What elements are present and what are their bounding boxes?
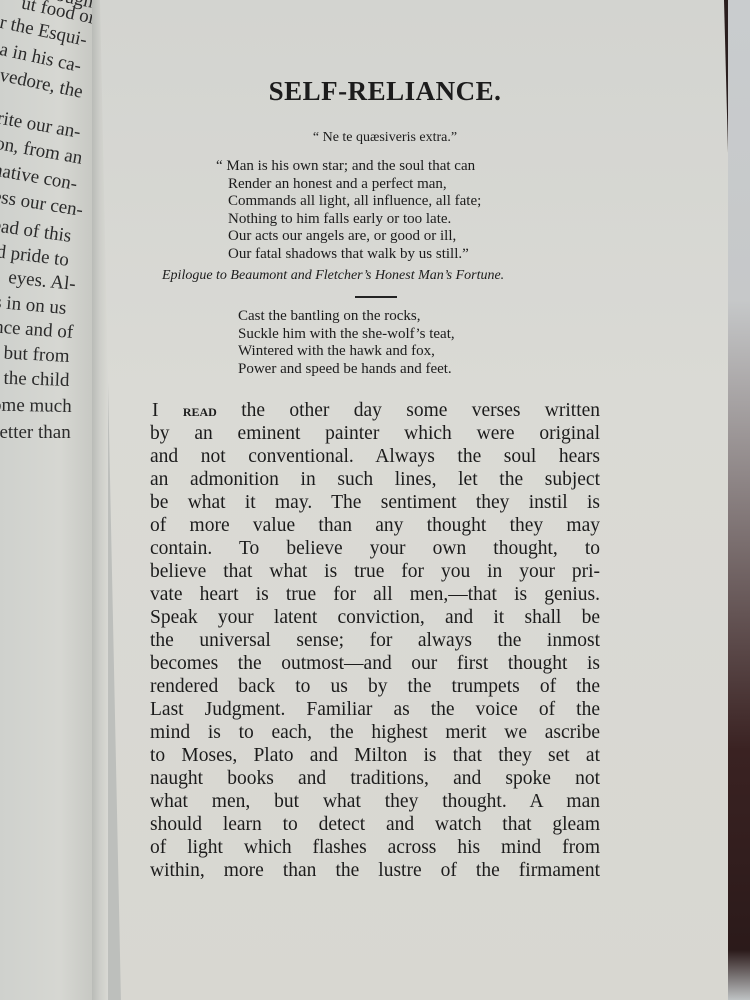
left-fragment: ome much [0, 395, 72, 418]
body-line: within, more than the lustre of the firm… [150, 859, 600, 882]
body-line: should learn to detect and watch that gl… [150, 813, 600, 836]
poem-line: Cast the bantling on the rocks, [238, 308, 455, 326]
body-line: to Moses, Plato and Milton is that they … [150, 744, 600, 767]
book-cover-edge [728, 0, 750, 1000]
page-title: SELF-RELIANCE. [255, 76, 515, 107]
poem-line: “ Man is his own star; and the soul that… [216, 158, 481, 176]
left-fragment: , the child [0, 367, 70, 392]
body-line: of more value than any thought they may [150, 514, 600, 537]
first-line-rest: the other day some verses written [217, 400, 600, 421]
epigraph-attribution: Epilogue to Beaumont and Fletcher’s Hone… [162, 268, 504, 284]
poem-line: Wintered with the hawk and fox, [238, 343, 455, 361]
body-line: the universal sense; for always the inmo… [150, 629, 600, 652]
left-fragment: better than [0, 422, 71, 444]
body-line: be what it may. The sentiment they insti… [150, 491, 600, 514]
epigraph-poem: “ Man is his own star; and the soul that… [222, 158, 481, 263]
second-poem: Cast the bantling on the rocks, Suckle h… [238, 308, 455, 378]
body-line: naught books and traditions, and spoke n… [150, 767, 600, 790]
poem-line: Suckle him with the she-wolf’s teat, [238, 326, 455, 344]
body-line: contain. To believe your own thought, to [150, 537, 600, 560]
body-line: an admonition in such lines, let the sub… [150, 468, 600, 491]
first-word: I [152, 400, 159, 421]
poem-line: Our acts our angels are, or good or ill, [222, 228, 481, 246]
poem-line: Commands all light, all influence, all f… [222, 193, 481, 211]
left-page: ough ut food or r the Esqui- a in his ca… [0, 0, 100, 1000]
body-line: of light which flashes across his mind f… [150, 836, 600, 859]
small-caps-word: read [183, 401, 217, 420]
body-line: I read the other day some verses written [150, 399, 600, 422]
section-divider [355, 296, 397, 298]
body-line: vate heart is true for all men,—that is … [150, 583, 600, 606]
body-line: rendered back to us by the trumpets of t… [150, 675, 600, 698]
poem-line: Nothing to him falls early or too late. [222, 211, 481, 229]
body-line: becomes the outmost—and our first though… [150, 652, 600, 675]
poem-line: Render an honest and a perfect man, [222, 176, 481, 194]
left-fragment: s in on us [0, 292, 67, 320]
body-line: and not conventional. Always the soul he… [150, 445, 600, 468]
body-line: believe that what is true for you in you… [150, 560, 600, 583]
body-paragraph: I read the other day some verses written… [150, 399, 600, 882]
left-fragment: nce and of [0, 317, 74, 344]
body-line: by an eminent painter which were origina… [150, 422, 600, 445]
motto: “ Ne te quæsiveris extra.” [280, 130, 490, 146]
body-line: mind is to each, the highest merit we as… [150, 721, 600, 744]
poem-line: Power and speed be hands and feet. [238, 361, 455, 379]
left-fragment: , but from [0, 342, 70, 368]
body-line: Speak your latent conviction, and it sha… [150, 606, 600, 629]
body-line: Last Judgment. Familiar as the voice of … [150, 698, 600, 721]
body-line: what men, but what they thought. A man [150, 790, 600, 813]
poem-line: Our fatal shadows that walk by us still.… [222, 246, 481, 264]
